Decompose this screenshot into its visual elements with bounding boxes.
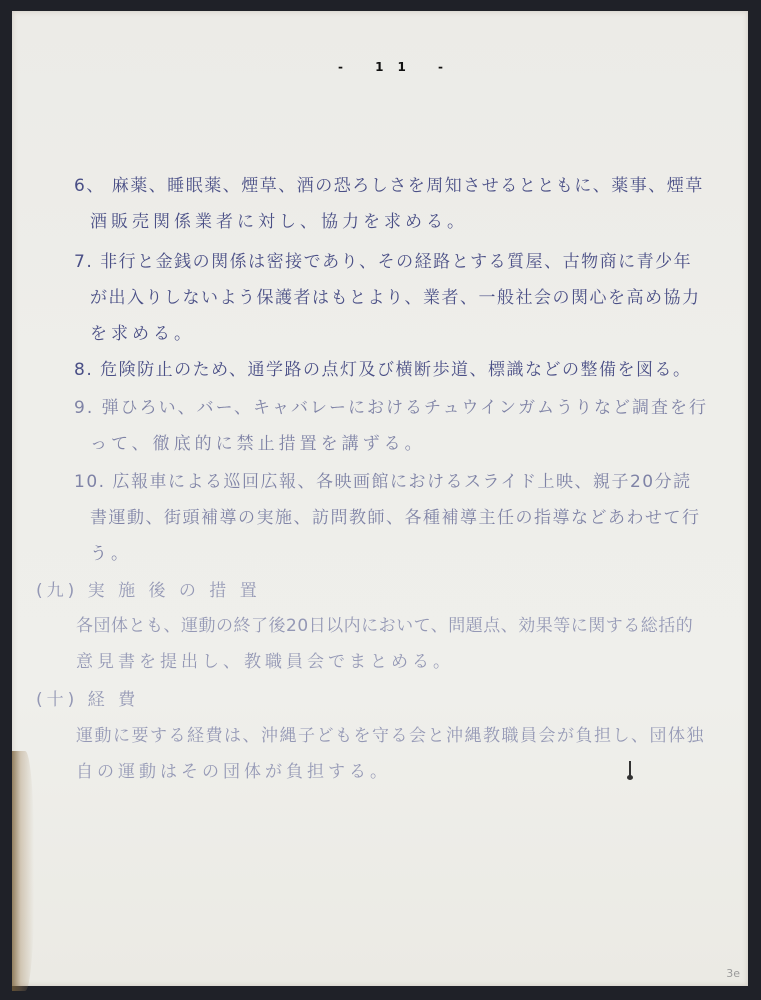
section-9-title: 実 施 後 の 措 置 xyxy=(88,581,261,601)
section-10-line-2: 自の運動はその団体が負担する。 xyxy=(76,757,391,782)
section-10-label: (十) xyxy=(36,690,78,710)
section-10-heading: (十) 経 費 xyxy=(36,685,139,710)
section-9-heading: (九) 実 施 後 の 措 置 xyxy=(36,576,261,601)
item-7-line-2: が出入りしないよう保護者はもとより、業者、一般社会の関心を高め協力 xyxy=(90,283,701,308)
edge-stain xyxy=(12,751,34,991)
item-6-line-2: 酒販売関係業者に対し、協力を求める。 xyxy=(90,207,468,232)
page-number: 3e xyxy=(726,967,740,980)
item-8-number: 8. xyxy=(74,360,93,380)
document-page: - 11 - 6、 麻薬、睡眠薬、煙草、酒の恐ろしさを周知させるとともに、薬事、… xyxy=(12,11,748,986)
item-9-line-1: 9. 弾ひろい、バー、キャバレーにおけるチュウインガムうりなど調査を行 xyxy=(74,393,708,418)
pin-mark xyxy=(629,761,631,777)
item-10-line-2: 書運動、街頭補導の実施、訪問教師、各種補導主任の指導などあわせて行 xyxy=(90,503,701,528)
section-10-title: 経 費 xyxy=(88,690,139,710)
item-6-number: 6、 xyxy=(74,176,105,196)
item-7-line-1: 7. 非行と金銭の関係は密接であり、その経路とする質屋、古物商に青少年 xyxy=(74,247,692,272)
item-10-number: 10. xyxy=(74,472,106,492)
section-9-line-1: 各団体とも、運動の終了後20日以内において、問題点、効果等に関する総括的 xyxy=(76,611,693,636)
section-9-line-2: 意見書を提出し、教職員会でまとめる。 xyxy=(76,647,454,672)
item-7-line-3: を求める。 xyxy=(90,319,195,344)
item-9-line-2: って、徹底的に禁止措置を講ずる。 xyxy=(90,429,426,454)
section-10-line-1: 運動に要する経費は、沖縄子どもを守る会と沖縄教職員会が負担し、団体独 xyxy=(76,721,705,746)
item-7-number: 7. xyxy=(74,252,93,272)
item-6-line-1: 6、 麻薬、睡眠薬、煙草、酒の恐ろしさを周知させるとともに、薬事、煙草 xyxy=(74,171,704,196)
page-header-marks: - 11 - xyxy=(338,60,457,74)
item-10-line-3: う。 xyxy=(90,539,132,564)
section-9-label: (九) xyxy=(36,581,78,601)
item-9-number: 9. xyxy=(74,398,94,418)
item-8-line-1: 8. 危険防止のため、通学路の点灯及び横断歩道、標識などの整備を図る。 xyxy=(74,355,691,380)
item-10-line-1: 10. 広報車による巡回広報、各映画館におけるスライド上映、親子20分読 xyxy=(74,467,692,492)
